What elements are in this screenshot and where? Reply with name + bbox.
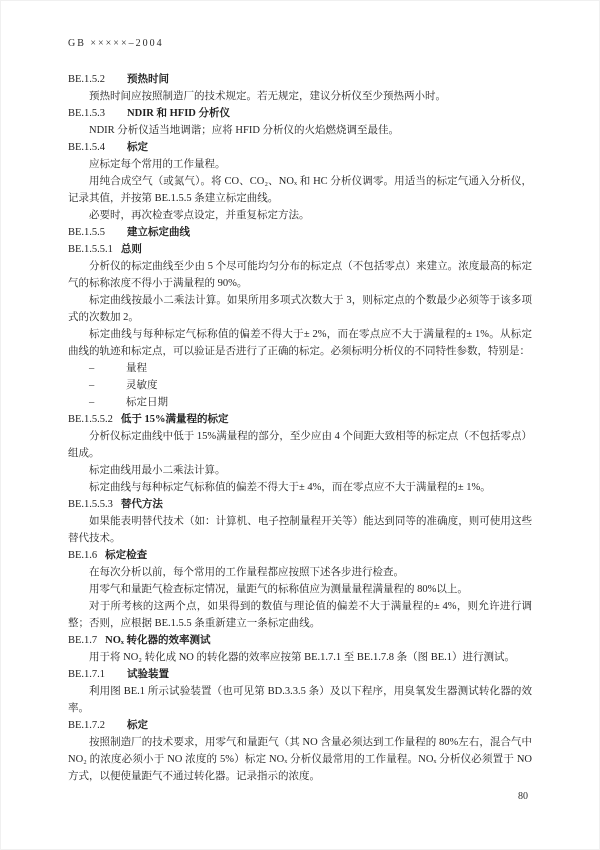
section-title: 标定检查 [105, 550, 147, 561]
paragraph: 用零气和量距气检查标定情况，量距气的标称值应为测量量程满量程的 80%以上。 [68, 581, 532, 598]
section-title: 预热时间 [127, 74, 169, 85]
paragraph: 对于所考核的这两个点，如果得到的数值与理论值的偏差不大于满量程的± 4%，则允许… [68, 598, 532, 632]
section-heading: BE.1.5.5建立标定曲线 [68, 224, 532, 241]
section-title: 建立标定曲线 [127, 227, 190, 238]
section-heading: BE.1.5.5.2低于 15%满量程的标定 [68, 411, 532, 428]
dash-bullet: – [89, 360, 126, 377]
section-heading: BE.1.5.5.3替代方法 [68, 496, 532, 513]
section-heading: BE.1.7NOₓ 转化器的效率测试 [68, 632, 532, 649]
paragraph: 用纯合成空气（或氮气）。将 CO、CO₂、NOₓ 和 HC 分析仪调零。用适当的… [68, 173, 532, 207]
section-number: BE.1.6 [68, 550, 97, 561]
document-page: GB ×××××–2004 BE.1.5.2预热时间预热时间应按照制造厂的技术规… [0, 0, 600, 850]
section-heading: BE.1.5.2预热时间 [68, 71, 532, 88]
section-number: BE.1.7 [68, 635, 97, 646]
section-title: 替代方法 [121, 499, 163, 510]
paragraph: 预热时间应按照制造厂的技术规定。若无规定，建议分析仪至少预热两小时。 [68, 88, 532, 105]
section-title: 低于 15%满量程的标定 [121, 414, 229, 425]
list-item-label: 量程 [126, 363, 147, 374]
document-body: BE.1.5.2预热时间预热时间应按照制造厂的技术规定。若无规定，建议分析仪至少… [68, 71, 532, 785]
paragraph: 如果能表明替代技术（如：计算机、电子控制量程开关等）能达到同等的准确度，则可使用… [68, 513, 532, 547]
paragraph: 分析仪标定曲线中低于 15%满量程的部分，至少应由 4 个间距大致相等的标定点（… [68, 428, 532, 462]
section-number: BE.1.7.1 [68, 669, 105, 680]
paragraph: 按照制造厂的技术要求，用零气和量距气（其 NO 含量必须达到工作量程的 80%左… [68, 734, 532, 785]
section-number: BE.1.5.5 [68, 227, 105, 238]
section-number: BE.1.5.5.2 [68, 414, 113, 425]
section-title: 总则 [121, 244, 142, 255]
paragraph: 标定曲线与每种标定气标称值的偏差不得大于± 4%，而在零点应不大于满量程的± 1… [68, 479, 532, 496]
section-number: BE.1.5.2 [68, 74, 105, 85]
section-number: BE.1.5.5.1 [68, 244, 113, 255]
section-title: NDIR 和 HFID 分析仪 [127, 108, 230, 119]
section-title: NOₓ 转化器的效率测试 [105, 635, 210, 646]
paragraph: 必要时，再次检查零点设定，并重复标定方法。 [68, 207, 532, 224]
section-heading: BE.1.5.5.1总则 [68, 241, 532, 258]
list-item-label: 标定日期 [126, 397, 168, 408]
section-heading: BE.1.6标定检查 [68, 547, 532, 564]
section-number: BE.1.5.5.3 [68, 499, 113, 510]
standard-number-header: GB ×××××–2004 [68, 38, 164, 49]
section-number: BE.1.5.4 [68, 142, 105, 153]
list-item: –量程 [68, 360, 532, 377]
paragraph: 标定曲线与每种标定气标称值的偏差不得大于± 2%，而在零点应不大于满量程的± 1… [68, 326, 532, 360]
dash-bullet: – [89, 377, 126, 394]
paragraph: 利用图 BE.1 所示试验装置（也可见第 BD.3.3.5 条）及以下程序，用臭… [68, 683, 532, 717]
list-item: –标定日期 [68, 394, 532, 411]
dash-bullet: – [89, 394, 126, 411]
paragraph: 应标定每个常用的工作量程。 [68, 156, 532, 173]
section-heading: BE.1.5.4标定 [68, 139, 532, 156]
page-number: 80 [518, 791, 528, 802]
list-item: –灵敏度 [68, 377, 532, 394]
section-title: 标定 [127, 142, 148, 153]
paragraph: 标定曲线按最小二乘法计算。如果所用多项式次数大于 3，则标定点的个数最少必须等于… [68, 292, 532, 326]
paragraph: 用于将 NO₂ 转化成 NO 的转化器的效率应按第 BE.1.7.1 至 BE.… [68, 649, 532, 666]
section-number: BE.1.7.2 [68, 720, 105, 731]
section-number: BE.1.5.3 [68, 108, 105, 119]
paragraph: 在每次分析以前，每个常用的工作量程都应按照下述各步进行检查。 [68, 564, 532, 581]
section-heading: BE.1.5.3NDIR 和 HFID 分析仪 [68, 105, 532, 122]
list-item-label: 灵敏度 [126, 380, 158, 391]
section-heading: BE.1.7.2标定 [68, 717, 532, 734]
paragraph: 分析仪的标定曲线至少由 5 个尽可能均匀分布的标定点（不包括零点）来建立。浓度最… [68, 258, 532, 292]
section-title: 标定 [127, 720, 148, 731]
section-title: 试验装置 [127, 669, 169, 680]
section-heading: BE.1.7.1试验装置 [68, 666, 532, 683]
paragraph: NDIR 分析仪适当地调谐；应将 HFID 分析仪的火焰燃烧调至最佳。 [68, 122, 532, 139]
paragraph: 标定曲线用最小二乘法计算。 [68, 462, 532, 479]
